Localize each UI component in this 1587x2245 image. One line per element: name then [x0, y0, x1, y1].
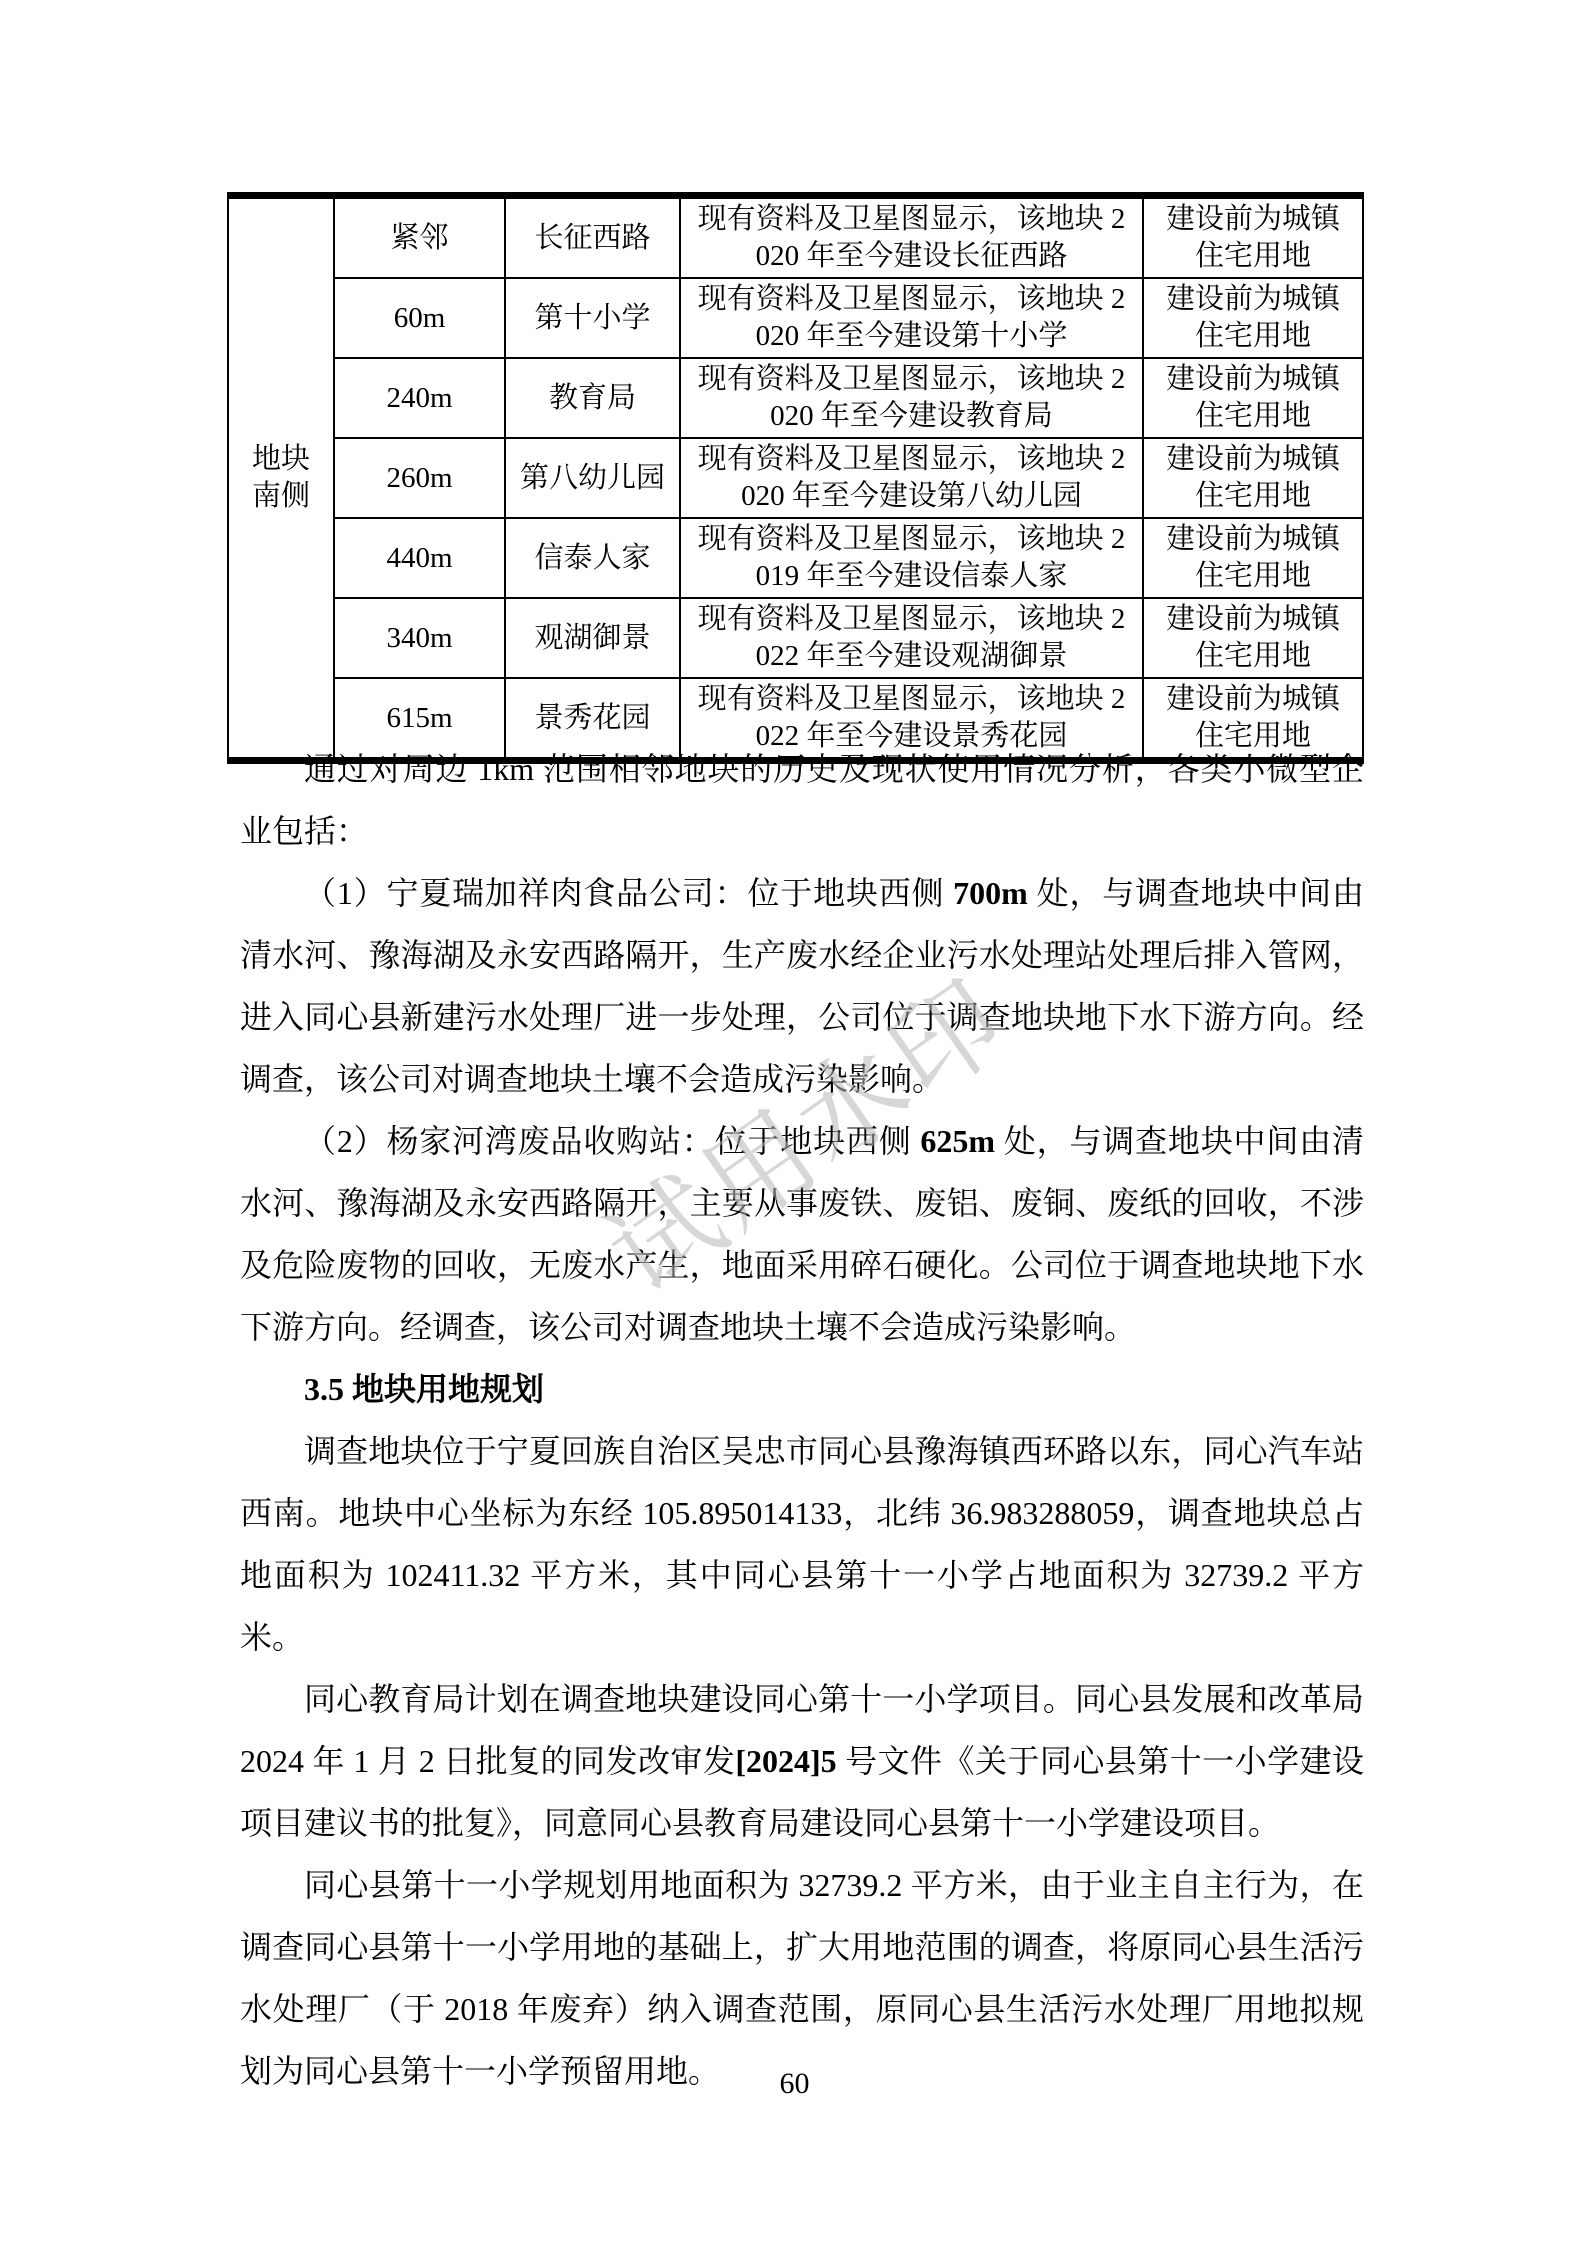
- table-row: 240m教育局现有资料及卫星图显示，该地块 2020 年至今建设教育局建设前为城…: [228, 358, 1363, 438]
- cell-prior-use: 建设前为城镇住宅用地: [1143, 518, 1363, 598]
- cell-distance: 340m: [334, 598, 505, 678]
- bold-text-run: 700m: [953, 875, 1028, 911]
- cell-description: 现有资料及卫星图显示，该地块 2020 年至今建设教育局: [680, 358, 1143, 438]
- text-run: 同心县第十一小学规划用地面积为 32739.2 平方米，由于业主自主行为，在调查…: [240, 1867, 1364, 2089]
- cell-name: 教育局: [505, 358, 680, 438]
- paragraph: 调查地块位于宁夏回族自治区吴忠市同心县豫海镇西环路以东，同心汽车站西南。地块中心…: [240, 1420, 1364, 1668]
- cell-description: 现有资料及卫星图显示，该地块 2020 年至今建设第十小学: [680, 278, 1143, 358]
- bold-text-run: 625m: [920, 1123, 995, 1159]
- cell-prior-use: 建设前为城镇住宅用地: [1143, 278, 1363, 358]
- table-row: 地块南侧紧邻长征西路现有资料及卫星图显示，该地块 2020 年至今建设长征西路建…: [228, 196, 1363, 279]
- table-row: 60m第十小学现有资料及卫星图显示，该地块 2020 年至今建设第十小学建设前为…: [228, 278, 1363, 358]
- text-run: （2）杨家河湾废品收购站：位于地块西侧: [304, 1123, 920, 1159]
- paragraphs-after-heading: 调查地块位于宁夏回族自治区吴忠市同心县豫海镇西环路以东，同心汽车站西南。地块中心…: [240, 1420, 1364, 2102]
- text-run: （1）宁夏瑞加祥肉食品公司：位于地块西侧: [304, 875, 953, 911]
- adjacent-plots-table: 地块南侧紧邻长征西路现有资料及卫星图显示，该地块 2020 年至今建设长征西路建…: [227, 192, 1364, 764]
- cell-description: 现有资料及卫星图显示，该地块 2019 年至今建设信泰人家: [680, 518, 1143, 598]
- cell-prior-use: 建设前为城镇住宅用地: [1143, 358, 1363, 438]
- cell-prior-use: 建设前为城镇住宅用地: [1143, 196, 1363, 279]
- cell-distance: 紧邻: [334, 196, 505, 279]
- paragraphs-before-heading: 通过对周边 1km 范围相邻地块的历史及现状使用情况分析，各类小微型企业包括：（…: [240, 738, 1364, 1358]
- body-text: 通过对周边 1km 范围相邻地块的历史及现状使用情况分析，各类小微型企业包括：（…: [240, 738, 1364, 2102]
- text-run: 调查地块位于宁夏回族自治区吴忠市同心县豫海镇西环路以东，同心汽车站西南。地块中心…: [240, 1433, 1364, 1655]
- row-header-cell: 地块南侧: [228, 196, 334, 761]
- cell-distance: 260m: [334, 438, 505, 518]
- cell-name: 第十小学: [505, 278, 680, 358]
- cell-description: 现有资料及卫星图显示，该地块 2020 年至今建设长征西路: [680, 196, 1143, 279]
- table-row: 340m观湖御景现有资料及卫星图显示，该地块 2022 年至今建设观湖御景建设前…: [228, 598, 1363, 678]
- cell-prior-use: 建设前为城镇住宅用地: [1143, 598, 1363, 678]
- table-row: 440m信泰人家现有资料及卫星图显示，该地块 2019 年至今建设信泰人家建设前…: [228, 518, 1363, 598]
- cell-name: 长征西路: [505, 196, 680, 279]
- cell-description: 现有资料及卫星图显示，该地块 2020 年至今建设第八幼儿园: [680, 438, 1143, 518]
- section-heading: 3.5 地块用地规划: [240, 1358, 1364, 1420]
- paragraph: 通过对周边 1km 范围相邻地块的历史及现状使用情况分析，各类小微型企业包括：: [240, 738, 1364, 862]
- cell-distance: 440m: [334, 518, 505, 598]
- paragraph: （2）杨家河湾废品收购站：位于地块西侧 625m 处，与调查地块中间由清水河、豫…: [240, 1110, 1364, 1358]
- cell-distance: 240m: [334, 358, 505, 438]
- paragraph: （1）宁夏瑞加祥肉食品公司：位于地块西侧 700m 处，与调查地块中间由清水河、…: [240, 862, 1364, 1110]
- page-number: 60: [227, 2062, 1362, 2106]
- paragraph: 同心教育局计划在调查地块建设同心第十一小学项目。同心县发展和改革局 2024 年…: [240, 1668, 1364, 1854]
- bold-text-run: [2024]5: [735, 1743, 836, 1779]
- cell-distance: 60m: [334, 278, 505, 358]
- cell-description: 现有资料及卫星图显示，该地块 2022 年至今建设观湖御景: [680, 598, 1143, 678]
- cell-name: 信泰人家: [505, 518, 680, 598]
- table-row: 260m第八幼儿园现有资料及卫星图显示，该地块 2020 年至今建设第八幼儿园建…: [228, 438, 1363, 518]
- document-page: 试用水印 地块南侧紧邻长征西路现有资料及卫星图显示，该地块 2020 年至今建设…: [0, 0, 1587, 2245]
- cell-prior-use: 建设前为城镇住宅用地: [1143, 438, 1363, 518]
- text-run: 通过对周边 1km 范围相邻地块的历史及现状使用情况分析，各类小微型企业包括：: [240, 751, 1364, 849]
- cell-name: 观湖御景: [505, 598, 680, 678]
- cell-name: 第八幼儿园: [505, 438, 680, 518]
